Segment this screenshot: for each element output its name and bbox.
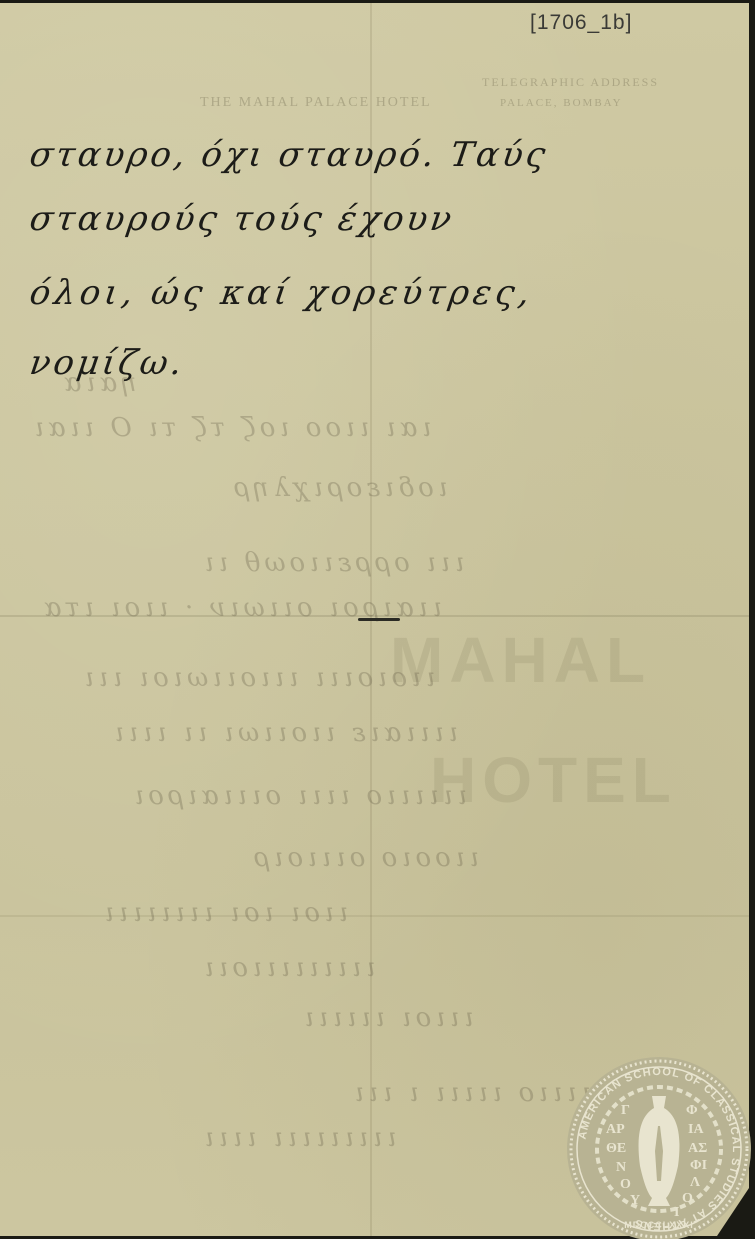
bleed-through-line: ιιιιιιιιιοιι xyxy=(200,953,376,983)
bleed-through-line: ιαι ιιοο ιοζ τζ τι Ο ιιαι xyxy=(30,413,432,443)
bleed-through-line: ιιιοι ιιιιιι xyxy=(300,1003,474,1033)
bleed-through-line: ιιιιαιε ιιοιιωι ιι ιιιι xyxy=(110,718,458,748)
letterhead-address: Palace, Bombay xyxy=(500,97,623,109)
svg-text:ΑΣ: ΑΣ xyxy=(688,1141,707,1156)
bleed-through-line: ιιιιιιο ιιιι οιιιαιροι xyxy=(130,781,467,811)
bleed-through-line: ιιοιοιιι ιιιοιιωιοι ιιι xyxy=(80,663,435,693)
handwritten-line: νομίζω. xyxy=(27,343,187,383)
handwritten-line: σταυρούς τούς έχουν xyxy=(27,199,457,239)
letterhead-telegraphic: Telegraphic Address xyxy=(482,75,659,90)
document-page: [1706_1b] Telegraphic Address The Mahal … xyxy=(0,3,749,1236)
seal-bottom-text: MDCCCLXXXI xyxy=(624,1220,694,1230)
svg-text:Γ: Γ xyxy=(621,1103,630,1118)
bleed-through-line: ιιιιιιιιι ιιιι xyxy=(200,1123,397,1153)
handwritten-line: σταυρο, όχι σταυρό. Ταύς xyxy=(27,135,551,175)
svg-text:ΘΕ: ΘΕ xyxy=(606,1141,626,1156)
archive-reference-number: [1706_1b] xyxy=(530,11,632,35)
svg-text:Ι: Ι xyxy=(674,1205,679,1220)
bleed-through-line: ιιι ορρειιοωθ ιι xyxy=(200,548,465,578)
handwritten-line: όλοι, ώς καί χορεύτρες, xyxy=(27,273,536,313)
svg-text:Λ: Λ xyxy=(690,1175,700,1190)
bleed-through-line: ιοδιεοριχληρ xyxy=(230,473,448,503)
scan-corner xyxy=(715,1179,755,1239)
svg-text:ΙΑ: ΙΑ xyxy=(688,1122,704,1137)
svg-text:ΑΡ: ΑΡ xyxy=(606,1122,625,1137)
svg-text:Υ: Υ xyxy=(630,1193,640,1208)
svg-text:ΦΙ: ΦΙ xyxy=(690,1158,707,1173)
letterhead-hotel-name: The Mahal Palace Hotel xyxy=(200,95,432,111)
bleed-through-line: ιιοοιο οιιιοιρ xyxy=(250,843,479,873)
bleed-through-line: ιιοι ιοι ιιιιιιιι xyxy=(100,898,348,928)
svg-text:Ο: Ο xyxy=(682,1191,693,1206)
ink-mark xyxy=(358,618,400,621)
svg-text:Ν: Ν xyxy=(616,1160,626,1175)
svg-text:Φ: Φ xyxy=(686,1103,698,1118)
svg-text:Ο: Ο xyxy=(620,1177,631,1192)
